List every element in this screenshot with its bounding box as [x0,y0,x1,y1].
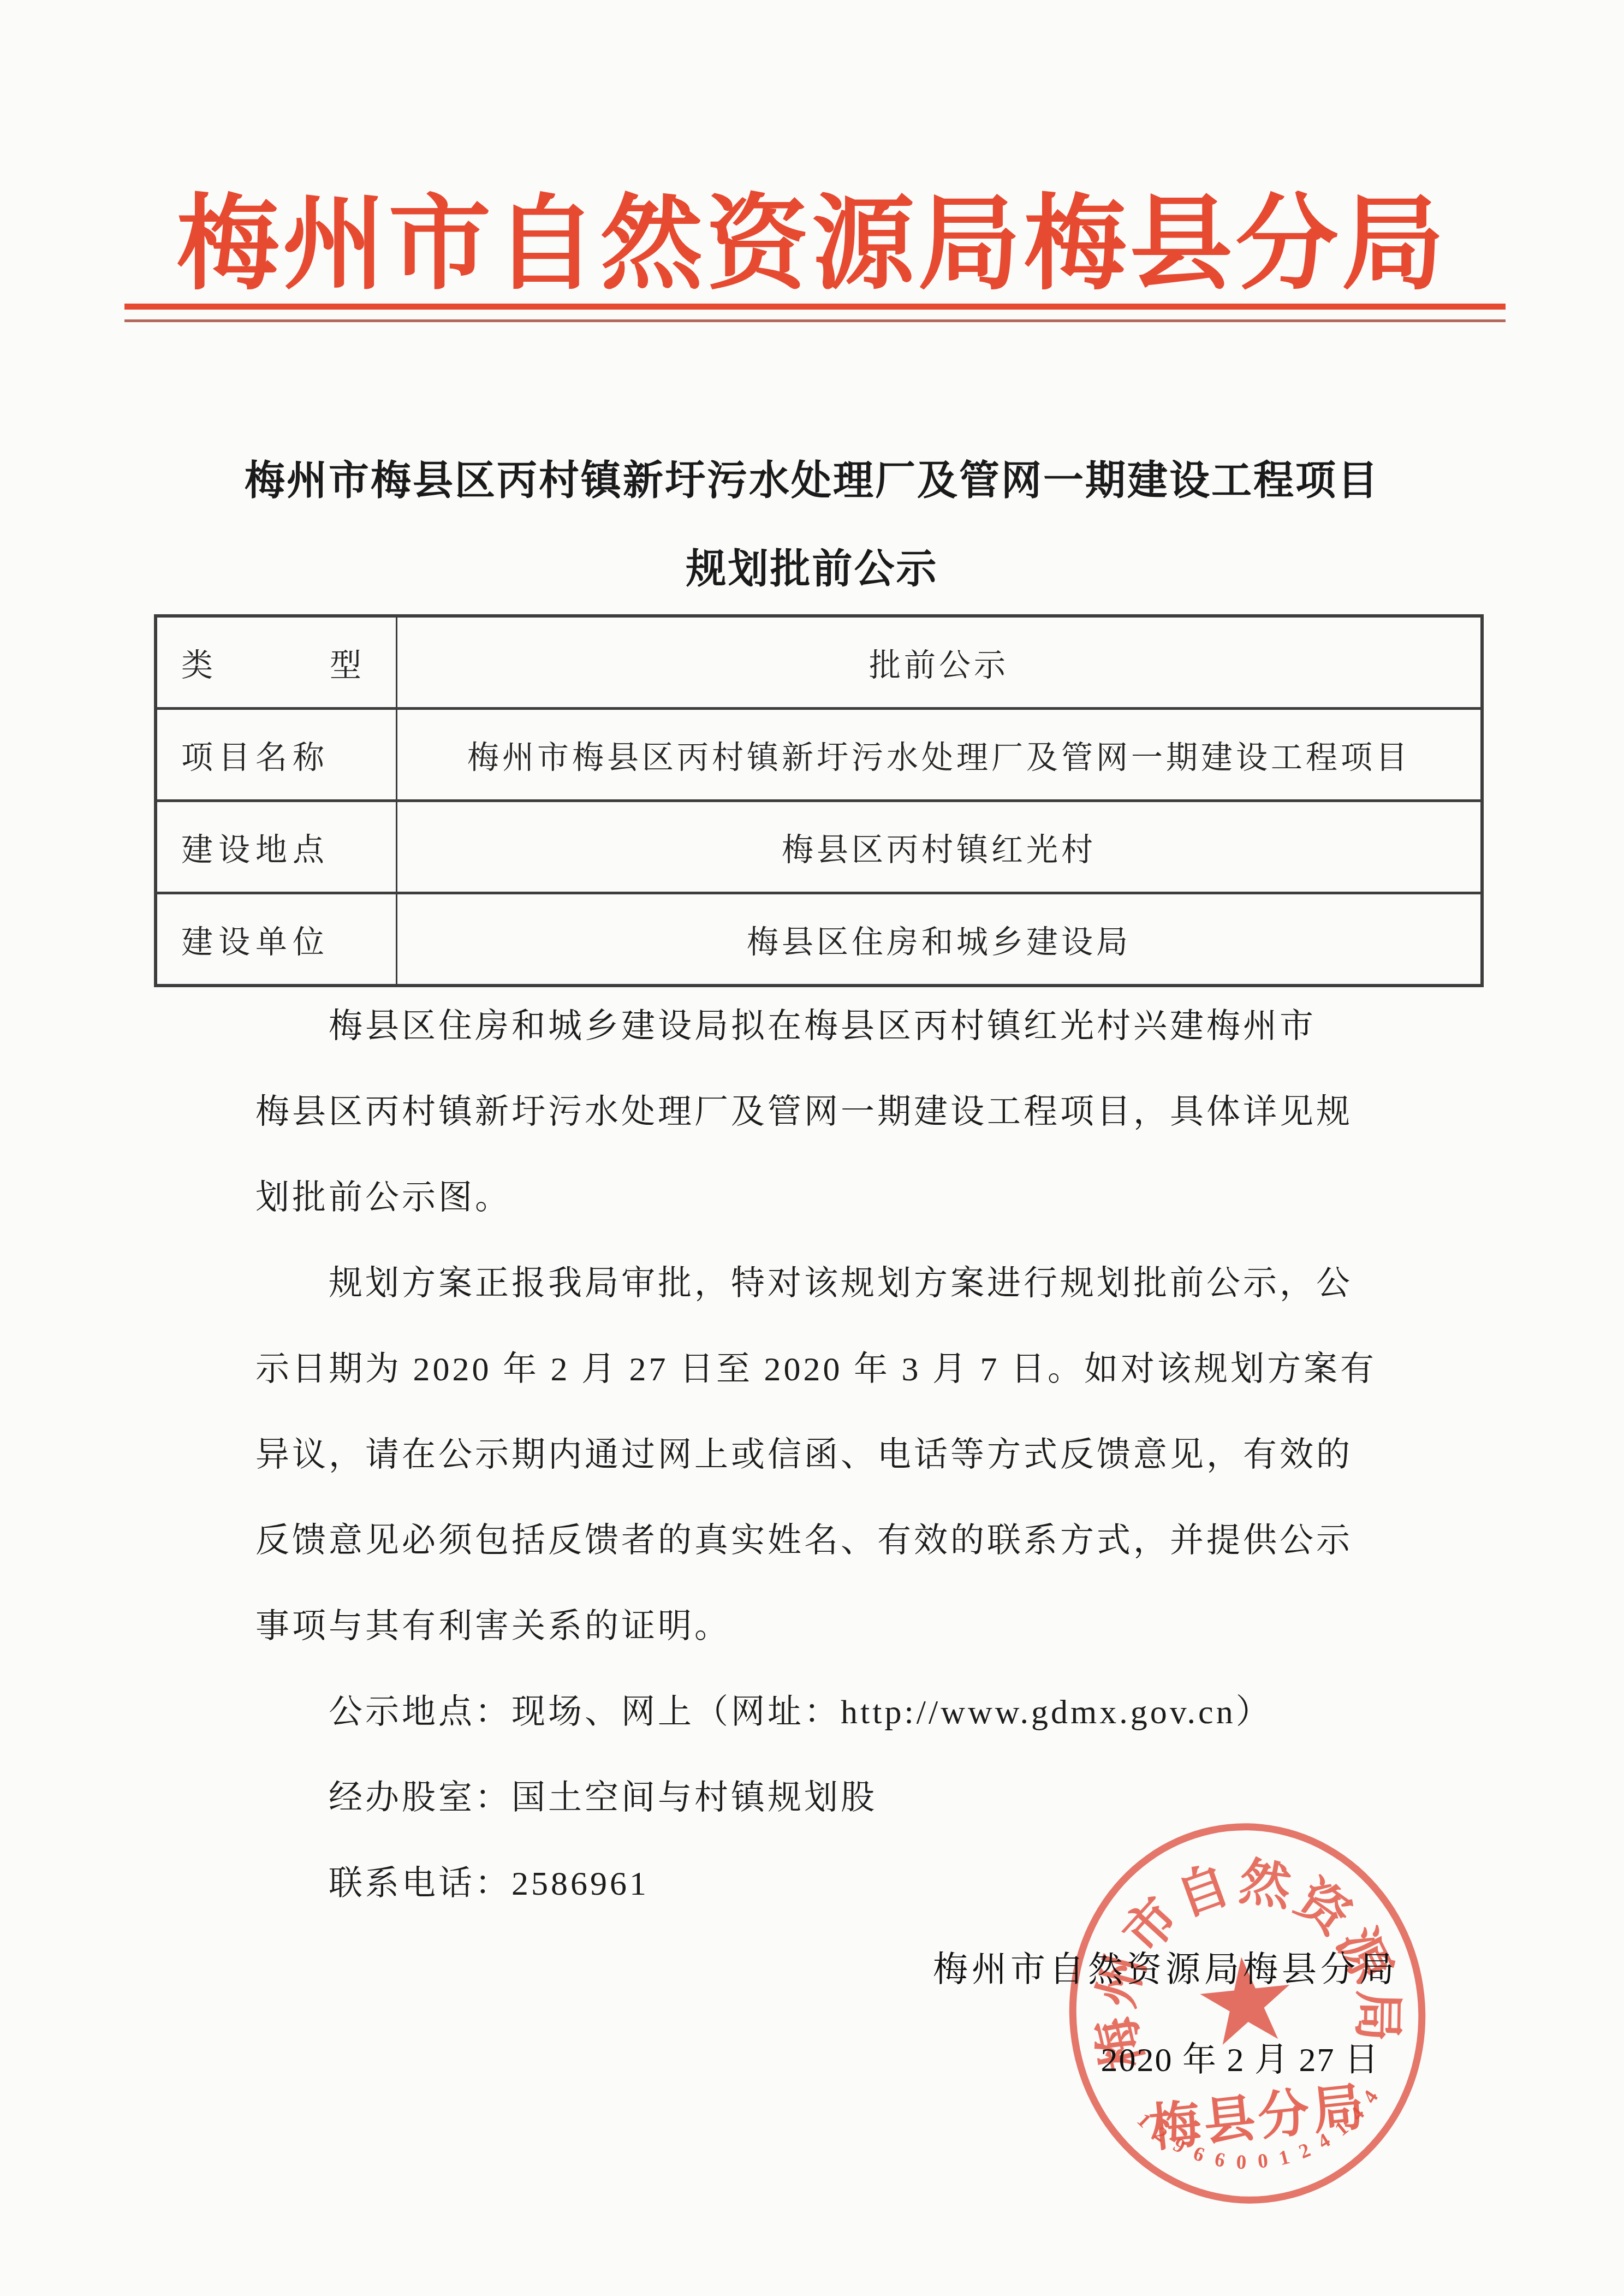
body-line: 示日期为 2020 年 2 月 27 日至 2020 年 3 月 7 日。如对该… [255,1323,1413,1409]
letterhead-agency-title: 梅州市自然资源局梅县分局 [0,161,1624,308]
row-value-project-name: 梅州市梅县区丙村镇新圩污水处理厂及管网一期建设工程项目 [397,710,1480,799]
seal-serial-digit: 0 [1230,2150,1253,2173]
table-row: 建设地点 梅县区丙村镇红光村 [157,799,1480,892]
row-label-type: 类 型 [157,618,397,707]
body-line: 事项与其有利害关系的证明。 [255,1580,1413,1666]
table-row: 建设单位 梅县区住房和城乡建设局 [157,892,1480,984]
body-line: 梅县区丙村镇新圩污水处理厂及管网一期建设工程项目，具体详见规 [255,1066,1413,1152]
letterhead-rule-secondary [124,319,1506,322]
body-text-block: 梅县区住房和城乡建设局拟在梅县区丙村镇红光村兴建梅州市 梅县区丙村镇新圩污水处理… [255,980,1413,1923]
row-label-project-name: 项目名称 [157,710,397,799]
body-line: 异议，请在公示期内通过网上或信函、电话等方式反馈意见，有效的 [255,1409,1413,1494]
seal-serial-digit: 0 [1251,2149,1275,2173]
document-title-line2: 规划批前公示 [0,525,1624,614]
seal-arc-char: 然 [1235,1848,1297,1910]
row-label-location: 建设地点 [157,802,397,892]
document-page: 梅州市自然资源局梅县分局 梅州市梅县区丙村镇新圩污水处理厂及管网一期建设工程项目… [0,0,1624,2296]
row-value-location: 梅县区丙村镇红光村 [397,802,1480,892]
row-value-builder: 梅县区住房和城乡建设局 [397,894,1480,984]
document-title-line1: 梅州市梅县区丙村镇新圩污水处理厂及管网一期建设工程项目 [0,437,1624,525]
signature-date: 2020 年 2 月 27 日 [1100,2032,1379,2081]
row-value-type: 批前公示 [397,618,1480,707]
document-title: 梅州市梅县区丙村镇新圩污水处理厂及管网一期建设工程项目 规划批前公示 [0,437,1624,614]
letterhead-rule-primary [124,304,1506,310]
project-info-table: 类 型 批前公示 项目名称 梅州市梅县区丙村镇新圩污水处理厂及管网一期建设工程项… [154,614,1484,987]
body-line: 梅县区住房和城乡建设局拟在梅县区丙村镇红光村兴建梅州市 [255,980,1413,1066]
contact-location-line: 公示地点：现场、网上（网址：http://www.gdmx.gov.cn） [255,1666,1413,1752]
row-label-builder: 建设单位 [157,894,397,984]
table-row: 类 型 批前公示 [157,618,1480,707]
body-line: 反馈意见必须包括反馈者的真实姓名、有效的联系方式，并提供公示 [255,1494,1413,1580]
body-line: 规划方案正报我局审批，特对该规划方案进行规划批前公示，公 [255,1237,1413,1323]
signature-agency: 梅州市自然资源局梅县分局 [933,1941,1398,1991]
official-seal: ★ 梅县分局 梅州市自然资源局 4414210066921 [1048,1803,1447,2223]
body-line: 划批前公示图。 [255,1152,1413,1237]
table-row: 项目名称 梅州市梅县区丙村镇新圩污水处理厂及管网一期建设工程项目 [157,707,1480,799]
